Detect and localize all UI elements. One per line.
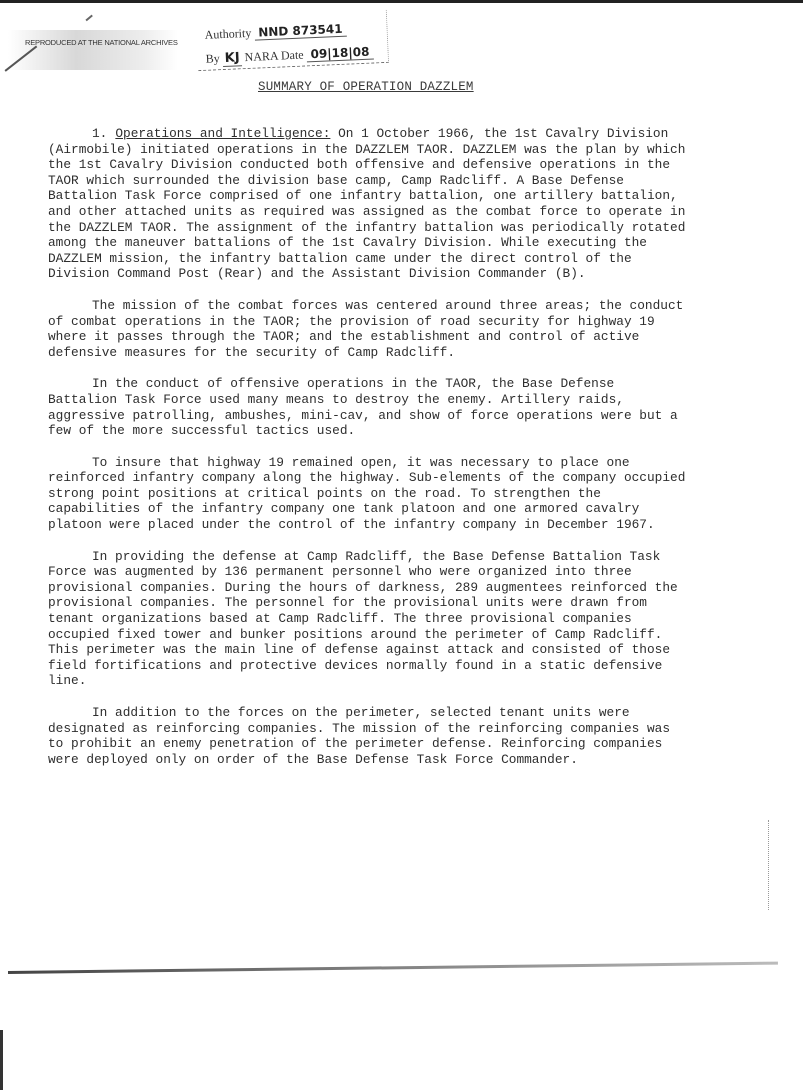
stamp-tick-mark [85, 15, 92, 21]
paragraph-operations-intelligence: 1.Operations and Intelligence: On 1 Octo… [48, 126, 688, 282]
scan-top-edge [0, 0, 803, 3]
document-body: 1.Operations and Intelligence: On 1 Octo… [48, 126, 688, 783]
paragraph-text: On 1 October 1966, the 1st Cavalry Divis… [48, 126, 685, 281]
paragraph-highway-19: To insure that highway 19 remained open,… [48, 455, 688, 533]
paragraph-camp-defense: In providing the defense at Camp Radclif… [48, 549, 688, 689]
authority-label: Authority [204, 26, 251, 42]
nara-line: By KJ NARA Date 09|18|08 [205, 44, 373, 66]
nara-date-value: 09|18|08 [306, 44, 373, 62]
archive-stamp-background [8, 30, 178, 70]
authority-stamp: Authority NND 873541 By KJ NARA Date 09|… [196, 10, 389, 71]
authority-value: NND 873541 [254, 22, 347, 41]
paragraph-offensive-operations: In the conduct of offensive operations i… [48, 376, 688, 438]
section-heading: Operations and Intelligence: [115, 126, 330, 141]
archive-stamp-text: REPRODUCED AT THE NATIONAL ARCHIVES [25, 38, 178, 47]
by-value: KJ [222, 50, 242, 67]
nara-date-label: NARA Date [244, 48, 304, 65]
paragraph-mission: The mission of the combat forces was cen… [48, 298, 688, 360]
authority-line: Authority NND 873541 [204, 22, 347, 43]
by-label: By [205, 51, 220, 66]
section-number: 1. [92, 126, 107, 141]
margin-mark [768, 820, 770, 910]
scan-left-edge [0, 1030, 3, 1090]
paragraph-reinforcing-companies: In addition to the forces on the perimet… [48, 705, 688, 767]
scan-bottom-rule [8, 962, 778, 974]
document-title: SUMMARY OF OPERATION DAZZLEM [258, 80, 474, 94]
